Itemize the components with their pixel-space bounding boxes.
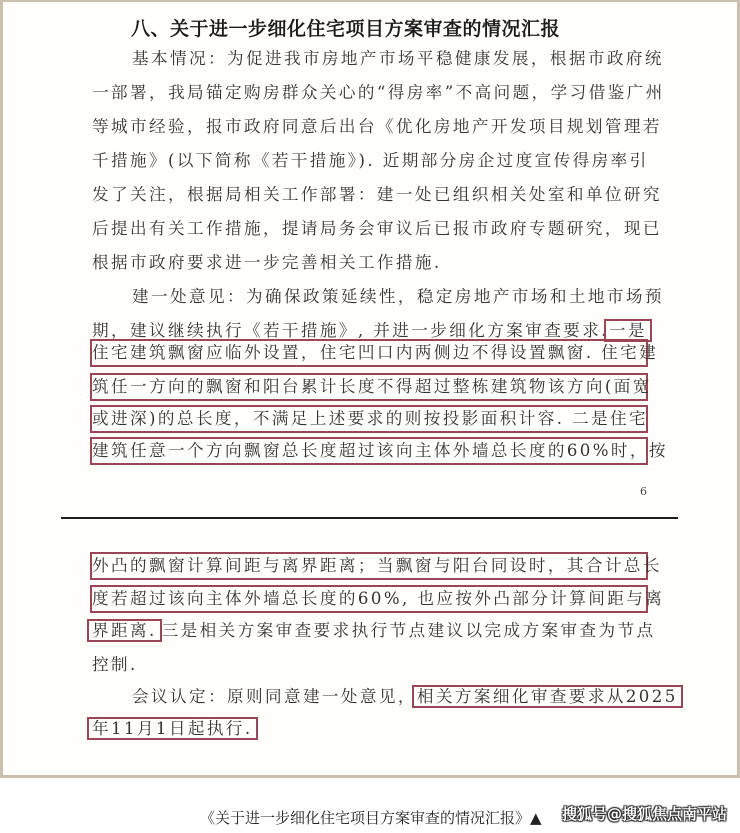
- line-text: 会议认定：原则同意建一处意见，: [132, 687, 417, 706]
- highlighted-line: 外凸的飘窗计算间距与离界距离；当飘窗与阳台同设时，其合计总长: [92, 553, 662, 579]
- paragraph-line: 等城市经验，报市政府同意后出台《优化房地产开发项目规划管理若: [92, 114, 662, 140]
- page-divider: [61, 517, 678, 519]
- paragraph-line: 基本情况：为促进我市房地产市场平稳健康发展，根据市政府统: [132, 46, 664, 72]
- line-text: 三是相关方案审查要求执行节点建议以完成方案审查为节点: [162, 621, 656, 640]
- paragraph-line: 界距离.三是相关方案审查要求执行节点建议以完成方案审查为节点: [92, 618, 656, 644]
- paragraph-line: 根据市政府要求进一步完善相关工作措施.: [92, 250, 442, 276]
- highlighted-line: 筑任一方向的飘窗和阳台累计长度不得超过整栋建筑物该方向(面宽: [92, 374, 652, 400]
- page-number: 6: [640, 485, 647, 498]
- image-caption: 《关于进一步细化住宅项目方案审查的情况汇报》▲: [200, 807, 542, 828]
- paragraph-line: 一部署，我局锚定购房群众关心的“得房率”不高问题，学习借鉴广州: [92, 80, 665, 106]
- line-text: 期，建议继续执行《若干措施》, 并进一步细化方案审查要求.: [92, 321, 609, 340]
- paragraph-line: 后提出有关工作措施，提请局务会审议后已报市政府专题研究，现已: [92, 216, 662, 242]
- highlight-box: 界距离.: [87, 619, 162, 642]
- section-title: 八、关于进一步细化住宅项目方案审查的情况汇报: [131, 14, 560, 41]
- highlighted-line: 建筑任意一个方向飘窗总长度超过该向主体外墙总长度的60%时，按: [92, 438, 668, 464]
- highlight-box: 年11月1日起执行.: [87, 717, 258, 740]
- paragraph-line: 控制.: [92, 652, 138, 678]
- paragraph-line: 发了关注，根据局相关工作部署：建一处已组织相关处室和单位研究: [92, 182, 662, 208]
- paragraph-line: 建一处意见：为确保政策延续性，稳定房地产市场和土地市场预: [132, 284, 664, 310]
- highlighted-line: 住宅建筑飘窗应临外设置，住宅凹口内两侧边不得设置飘窗. 住宅建: [92, 340, 658, 366]
- paragraph-line: 会议认定：原则同意建一处意见，相关方案细化审查要求从2025: [132, 684, 683, 710]
- paragraph-line: 千措施》(以下简称《若干措施》). 近期部分房企过度宣传得房率引: [92, 148, 649, 174]
- paragraph-line: 年11月1日起执行.: [92, 716, 258, 742]
- highlight-box: 相关方案细化审查要求从2025: [412, 685, 683, 708]
- watermark: 搜狐号@搜狐焦点南平站: [562, 803, 727, 824]
- highlighted-line: 度若超过该向主体外墙总长度的60%, 也应按外凸部分计算间距与离: [92, 586, 664, 612]
- highlighted-line: 或进深)的总长度，不满足上述要求的则按投影面积计容. 二是住宅: [92, 406, 648, 432]
